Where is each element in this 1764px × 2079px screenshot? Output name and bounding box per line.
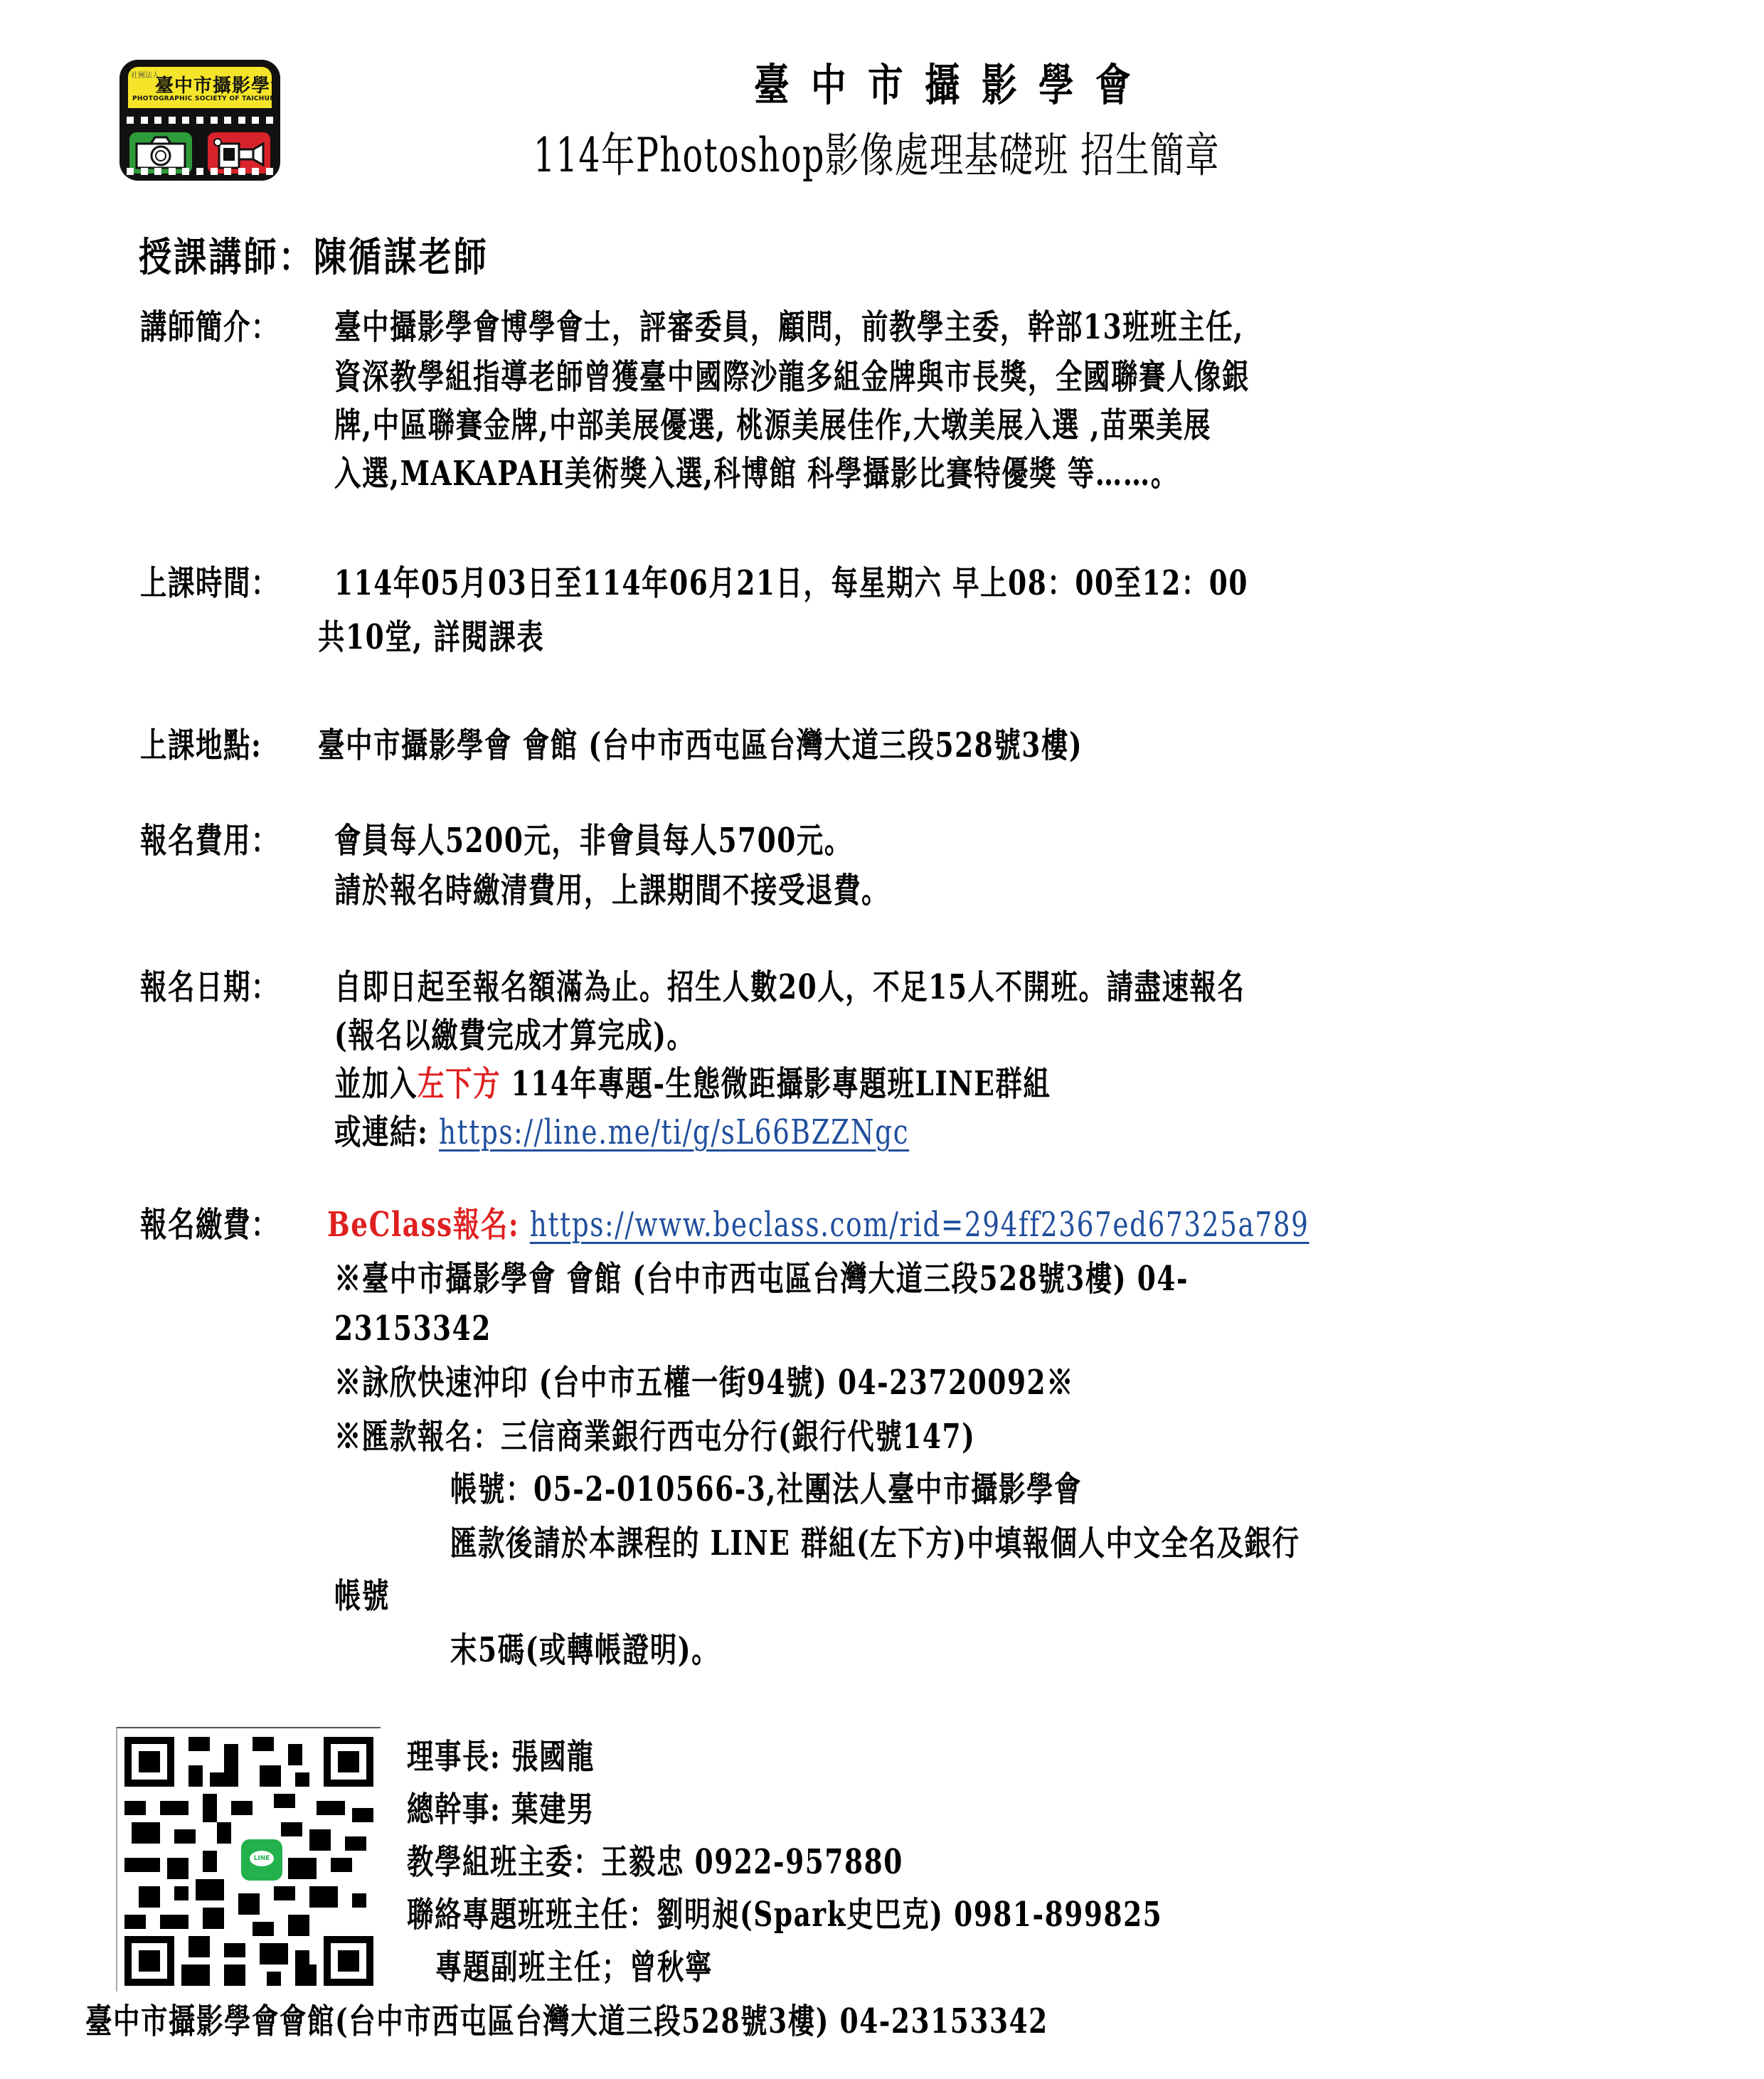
dates-label: 報名日期：: [140, 966, 279, 1009]
contact-chairman: 理事長: 張國龍: [407, 1735, 595, 1778]
film-strip-bottom-icon: [127, 168, 273, 175]
dates-line-2: (報名以繳費完成才算完成)。: [334, 1014, 695, 1057]
payment-venue-phone: 23153342: [334, 1307, 492, 1350]
line-group-prefix: 並加入: [334, 1064, 418, 1104]
logo-org-english: PHOTOGRAPHIC SOCIETY OF TAICHUNG: [132, 95, 280, 102]
schedule-label: 上課時間：: [140, 562, 279, 605]
footer-address: 臺中市攝影學會會館(台中市西屯區台灣大道三段528號3樓) 04-2315334…: [85, 2000, 1048, 2043]
payment-label: 報名繳費：: [140, 1203, 279, 1246]
bio-line-4: 入選,MAKAPAH美術獎入選,科博館 科學攝影比賽特優獎 等……。: [334, 452, 1179, 495]
organization-logo: 社團法人 臺中市攝影學會 PHOTOGRAPHIC SOCIETY OF TAI…: [119, 60, 280, 181]
logo-org-type: 社團法人: [131, 71, 152, 80]
payment-bank: ※匯款報名：三信商業銀行西屯分行(銀行代號147): [334, 1415, 975, 1458]
payment-report-last-digits: 末5碼(或轉帳證明)。: [450, 1629, 719, 1671]
dates-line-1: 自即日起至報名額滿為止。招生人數20人，不足15人不開班。請盡速報名: [334, 966, 1245, 1009]
bio-line-2: 資深教學組指導老師曾獲臺中國際沙龍多組金牌與市長獎，全國聯賽人像銀: [334, 356, 1250, 398]
schedule-sessions: 共10堂, 詳閱課表: [318, 616, 544, 659]
line-badge-text: LINE: [250, 1851, 274, 1866]
payment-photo-shop: ※詠欣快速沖印 (台中市五權一街94號) 04-23720092※: [334, 1361, 1074, 1404]
contact-teaching-director: 教學組班主委：王毅忠 0922-957880: [407, 1841, 903, 1883]
course-title: 114年Photoshop影像處理基礎班 招生簡章: [533, 117, 1220, 185]
payment-venue-line: ※臺中市攝影學會 會館 (台中市西屯區台灣大道三段528號3樓) 04-: [334, 1257, 1189, 1300]
bio-line-1: 臺中攝影學會博學會士，評審委員，顧問，前教學主委，幹部13班班主任,: [334, 306, 1244, 349]
contact-deputy-head: 專題副班主任；曾秋寧: [435, 1946, 713, 1989]
schedule-dates: 114年05月03日至114年06月21日，每星期六 早上08：00至12：00: [334, 562, 1248, 605]
beclass-label: BeClass報名:: [327, 1205, 530, 1245]
location-value: 臺中市攝影學會 會館 (台中市西屯區台灣大道三段528號3樓): [318, 724, 1083, 767]
fee-label: 報名費用：: [140, 819, 279, 862]
fee-refund-policy: 請於報名時繳清費用，上課期間不接受退費。: [334, 869, 889, 912]
payment-report-account: 帳號: [334, 1575, 390, 1617]
fee-amounts: 會員每人5200元，非會員每人5700元。: [334, 819, 852, 862]
beclass-row: BeClass報名: https://www.beclass.com/rid=2…: [327, 1203, 1309, 1246]
line-group-name: 114年專題-生態微距攝影專題班LINE群組: [501, 1064, 1051, 1104]
line-app-icon: LINE: [237, 1835, 287, 1885]
bio-line-3: 牌,中區聯賽金牌,中部美展優選, 桃源美展佳作,大墩美展入選 ,苗栗美展: [334, 404, 1211, 447]
instructor-heading: 授課講師：陳循謀老師: [139, 226, 489, 283]
line-group-link[interactable]: https://line.me/ti/g/sL66BZZNgc: [439, 1112, 909, 1152]
payment-report-instruction: 匯款後請於本課程的 LINE 群組(左下方)中填報個人中文全名及銀行: [450, 1522, 1300, 1565]
line-link-label: 或連結:: [334, 1112, 439, 1152]
line-qr-code[interactable]: LINE: [116, 1727, 381, 1992]
bio-label: 講師簡介：: [140, 306, 279, 349]
bottom-left-highlight: 左下方: [418, 1064, 501, 1104]
beclass-link[interactable]: https://www.beclass.com/rid=294ff2367ed6…: [530, 1205, 1309, 1245]
line-link-row: 或連結: https://line.me/ti/g/sL66BZZNgc: [334, 1111, 909, 1154]
line-group-instruction: 並加入左下方 114年專題-生態微距攝影專題班LINE群組: [334, 1063, 1051, 1105]
film-strip-top-icon: [127, 117, 273, 124]
logo-org-name: 臺中市攝影學會: [155, 71, 280, 97]
organization-title: 臺中市攝影學會: [754, 50, 1152, 113]
contact-secretary-general: 總幹事: 葉建男: [407, 1788, 595, 1831]
location-label: 上課地點:: [140, 724, 262, 767]
logo-banner: 社團法人 臺中市攝影學會 PHOTOGRAPHIC SOCIETY OF TAI…: [128, 67, 272, 108]
contact-class-head: 聯絡專題班班主任：劉明昶(Spark史巴克) 0981-899825: [407, 1893, 1162, 1936]
payment-account: 帳號：05-2-010566-3,社團法人臺中市攝影學會: [450, 1468, 1082, 1511]
